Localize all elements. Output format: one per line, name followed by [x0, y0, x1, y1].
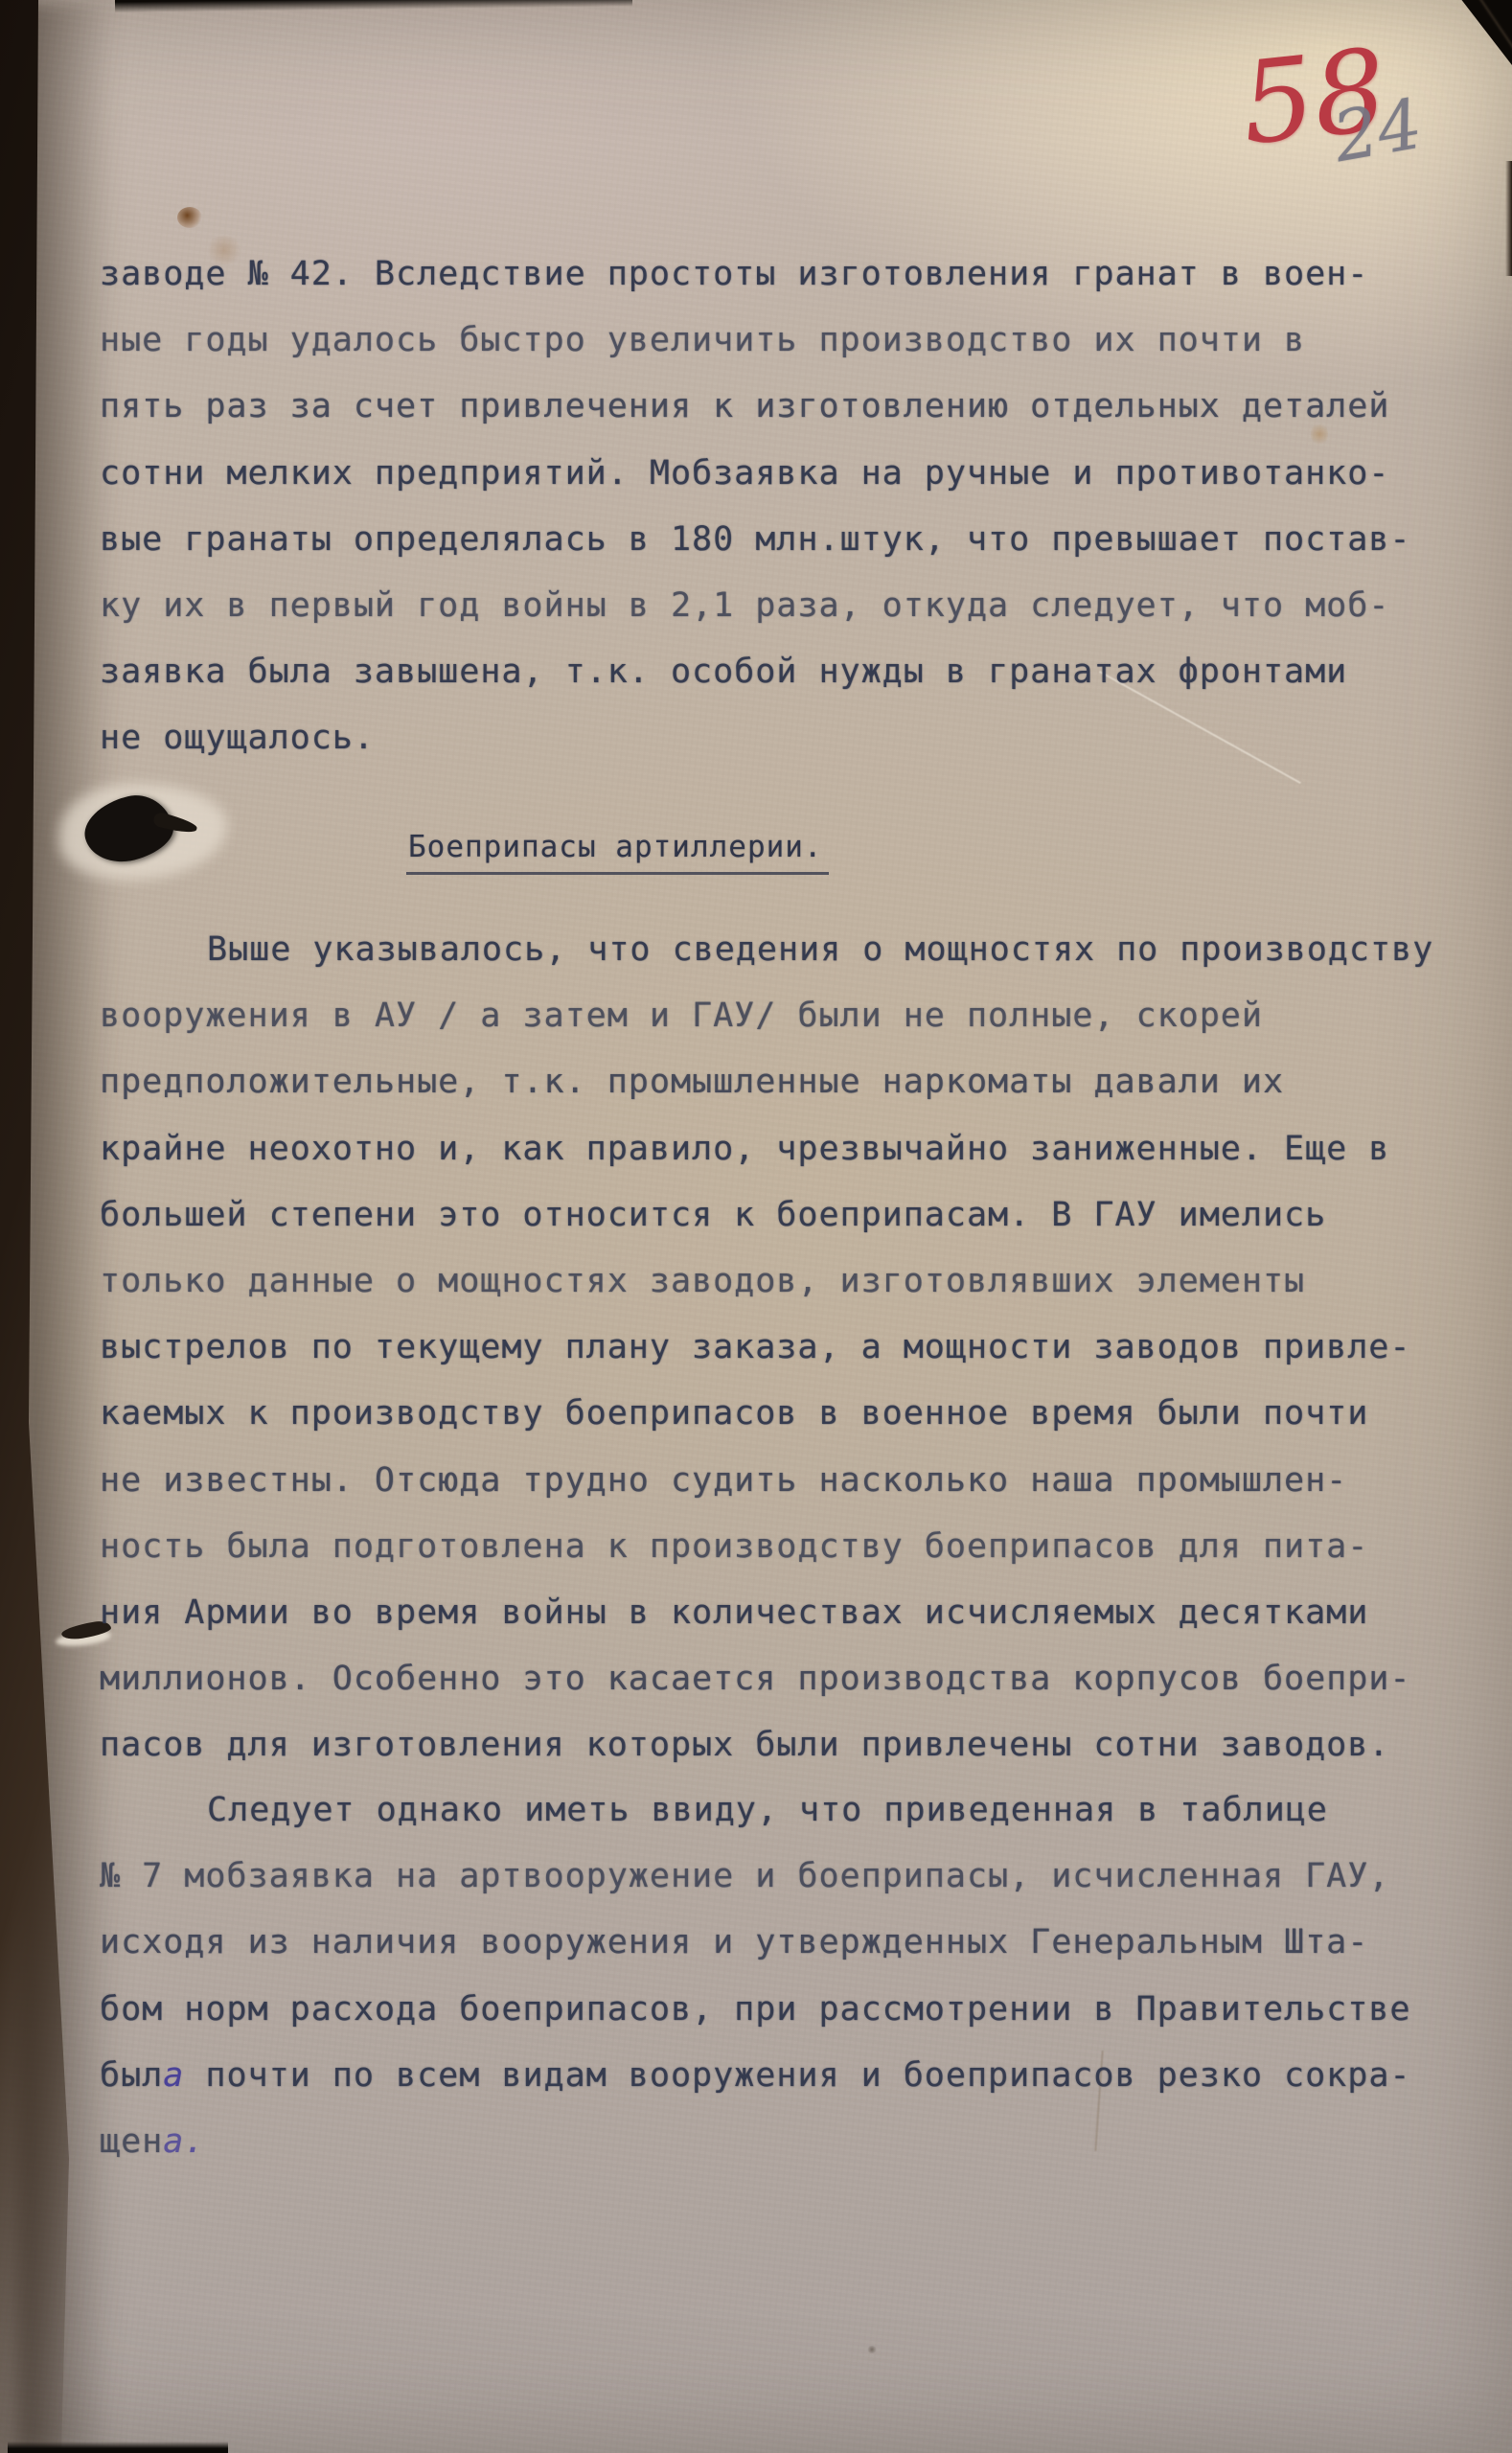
typed-line: Выше указывалось, что сведения о мощност… — [100, 917, 1474, 983]
right-edge-notch — [1505, 161, 1512, 276]
typed-line: каемых к производству боеприпасов в воен… — [100, 1381, 1474, 1447]
graphite-pencil-page-number: 24 — [1328, 89, 1427, 172]
typed-line: заявка была завышена, т.к. особой нужды … — [100, 639, 1474, 705]
section-heading: Боеприпасы артиллерии. — [406, 830, 829, 875]
typed-line: вооружения в АУ / а затем и ГАУ/ были не… — [100, 983, 1474, 1049]
scanned-document-photo: 58 24 заводе № 42. Вследствие простоты и… — [0, 0, 1512, 2453]
bottom-dark-background-edge — [8, 2442, 228, 2453]
typed-line: не ощущалось. — [100, 705, 1474, 771]
ink-stain — [177, 207, 202, 228]
typed-line: бом норм расхода боеприпасов, при рассмо… — [100, 1977, 1474, 2043]
typed-line: ность была подготовлена к производству б… — [100, 1514, 1474, 1580]
paragraph-1: заводе № 42. Вследствие простоты изготов… — [100, 241, 1474, 772]
typed-line: не известны. Отсюда трудно судить наскол… — [100, 1448, 1474, 1514]
typed-line: исходя из наличия вооружения и утвержден… — [100, 1910, 1474, 1976]
typed-fragment: был — [100, 2056, 163, 2095]
speck-stain — [867, 2346, 877, 2353]
typed-fragment: почти по всем видам вооружения и боеприп… — [184, 2056, 1410, 2095]
typed-line: только данные о мощностях заводов, изгот… — [100, 1249, 1474, 1315]
typed-line: ку их в первый год войны в 2,1 раза, отк… — [100, 573, 1474, 639]
typed-line: сотни мелких предприятий. Мобзаявка на р… — [100, 441, 1474, 507]
typed-line: ния Армии во время войны в количествах и… — [100, 1580, 1474, 1646]
typed-line: заводе № 42. Вследствие простоты изготов… — [100, 241, 1474, 308]
typed-line-with-ink-correction: щена. — [100, 2109, 1474, 2175]
typed-line: Следует однако иметь ввиду, что приведен… — [100, 1777, 1474, 1844]
typed-line: предположительные, т.к. промышленные нар… — [100, 1049, 1474, 1115]
typed-fragment: щен — [100, 2122, 163, 2161]
typed-line: пять раз за счет привлечения к изготовле… — [100, 374, 1474, 440]
typed-line-with-ink-correction: была почти по всем видам вооружения и бо… — [100, 2043, 1474, 2109]
handwritten-ink-correction: а. — [163, 2122, 205, 2161]
typed-line: большей степени это относится к боеприпа… — [100, 1182, 1474, 1249]
typed-line: № 7 мобзаявка на артвооружение и боеприп… — [100, 1844, 1474, 1910]
typed-line: вые гранаты определялась в 180 млн.штук,… — [100, 507, 1474, 573]
typed-line: крайне неохотно и, как правило, чрезвыча… — [100, 1116, 1474, 1182]
typed-line: пасов для изготовления которых были прив… — [100, 1712, 1474, 1778]
paragraph-3: Следует однако иметь ввиду, что приведен… — [100, 1777, 1474, 2175]
typed-line: выстрелов по текущему плану заказа, а мо… — [100, 1315, 1474, 1381]
typed-line: миллионов. Особенно это касается произво… — [100, 1646, 1474, 1712]
typed-line: ные годы удалось быстро увеличить произв… — [100, 308, 1474, 374]
handwritten-ink-correction: а — [163, 2056, 184, 2095]
paragraph-2: Выше указывалось, что сведения о мощност… — [100, 917, 1474, 1778]
